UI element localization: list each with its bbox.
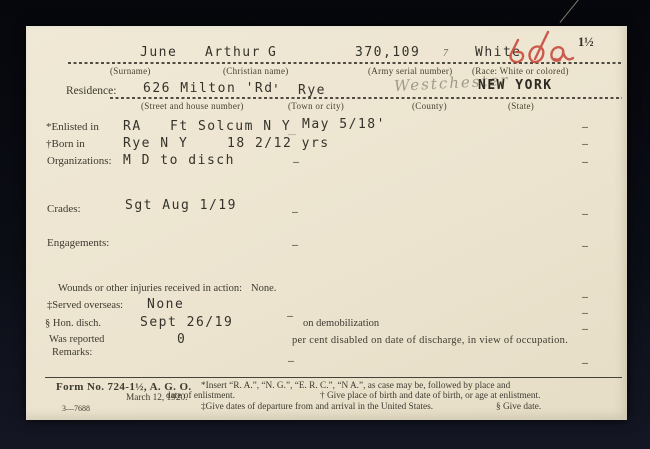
enlisted-component-value: RA bbox=[123, 119, 142, 134]
county-label: (County) bbox=[412, 101, 447, 111]
blank-dash: — bbox=[292, 207, 298, 218]
surname-value: June bbox=[140, 45, 177, 60]
footnote-1: *Insert “R. A.”, “N. G.”, “E. R. C.”, “N… bbox=[201, 381, 510, 391]
christian-name-label: (Christian name) bbox=[223, 66, 289, 76]
christian-name-value: Arthur bbox=[205, 45, 261, 60]
wounds-value: None. bbox=[251, 283, 276, 294]
street-label: (Street and house number) bbox=[141, 101, 244, 111]
army-serial-number-value: 370,109 bbox=[355, 45, 420, 60]
discharge-label: § Hon. disch. bbox=[45, 318, 101, 329]
blank-dash: — bbox=[582, 157, 588, 168]
faint-underscore: _ bbox=[288, 121, 297, 136]
residence-rule bbox=[110, 97, 622, 99]
born-place-value: Rye N Y bbox=[123, 136, 188, 151]
red-annotation-scrawl bbox=[504, 28, 576, 70]
grades-value: Sgt Aug 1/19 bbox=[125, 198, 237, 213]
enlisted-date-value: May 5/18' bbox=[302, 117, 386, 132]
discharge-note: on demobilization bbox=[303, 318, 379, 329]
organizations-label: Organizations: bbox=[47, 155, 112, 167]
stray-mark: 7 bbox=[443, 48, 448, 59]
blank-dash: — bbox=[582, 241, 588, 252]
born-label: †Born in bbox=[46, 138, 85, 150]
overseas-label: ‡Served overseas: bbox=[47, 300, 123, 311]
footnote-3b: § Give date. bbox=[496, 402, 541, 412]
grades-label: Crades: bbox=[47, 203, 81, 215]
blank-dash: — bbox=[582, 324, 588, 335]
blank-dash: — bbox=[582, 139, 588, 150]
enlisted-place-value: Ft Solcum N Y bbox=[170, 119, 291, 134]
blank-dash: — bbox=[292, 240, 298, 251]
footnote-3a: ‡Give dates of departure from and arriva… bbox=[201, 402, 433, 412]
discharge-date-value: Sept 26/19 bbox=[140, 315, 233, 330]
footnote-2a: date of enlistment. bbox=[166, 391, 235, 401]
overseas-value: None bbox=[147, 297, 184, 312]
reported-value: 0 bbox=[177, 332, 186, 347]
reported-label: Was reported bbox=[49, 334, 104, 345]
footer-rule bbox=[45, 377, 622, 378]
corner-number: 1½ bbox=[578, 35, 594, 50]
scan-scratch-line bbox=[560, 0, 590, 23]
street-value: 626 Milton 'Rd bbox=[143, 81, 274, 96]
remarks-label: Remarks: bbox=[52, 347, 92, 358]
blank-dash: — bbox=[582, 122, 588, 133]
blank-dash: — bbox=[582, 209, 588, 220]
blank-dash: — bbox=[288, 356, 294, 367]
town-label: (Town or city) bbox=[288, 101, 344, 111]
engagements-label: Engagements: bbox=[47, 237, 109, 249]
middle-initial-value: G bbox=[268, 45, 277, 60]
service-record-card: June Arthur G 370,109 7 White 1½ (Surnam… bbox=[26, 26, 627, 420]
reported-note: per cent disabled on date of discharge, … bbox=[292, 335, 568, 346]
blank-dash: — bbox=[582, 308, 588, 319]
blank-dash: — bbox=[582, 292, 588, 303]
residence-label: Residence: bbox=[66, 85, 116, 97]
footnote-2b: † Give place of birth and date of birth,… bbox=[320, 391, 540, 401]
print-code: 3—7688 bbox=[62, 404, 90, 413]
town-value: Rye bbox=[298, 83, 326, 98]
blank-dash: — bbox=[293, 157, 299, 168]
surname-label: (Surname) bbox=[110, 66, 151, 76]
born-age-value: 18 2/12 yrs bbox=[227, 136, 330, 151]
blank-dash: — bbox=[287, 311, 293, 322]
state-label: (State) bbox=[508, 101, 534, 111]
wounds-label: Wounds or other injuries received in act… bbox=[58, 283, 242, 294]
wounds-line: Wounds or other injuries received in act… bbox=[58, 283, 276, 294]
enlisted-label: *Enlisted in bbox=[46, 121, 99, 133]
organizations-value: M D to disch bbox=[123, 153, 235, 168]
blank-dash: — bbox=[582, 358, 588, 369]
scanned-document-mat: June Arthur G 370,109 7 White 1½ (Surnam… bbox=[0, 0, 650, 449]
tick-mark: ' bbox=[272, 83, 281, 98]
state-value: NEW YORK bbox=[478, 78, 553, 93]
